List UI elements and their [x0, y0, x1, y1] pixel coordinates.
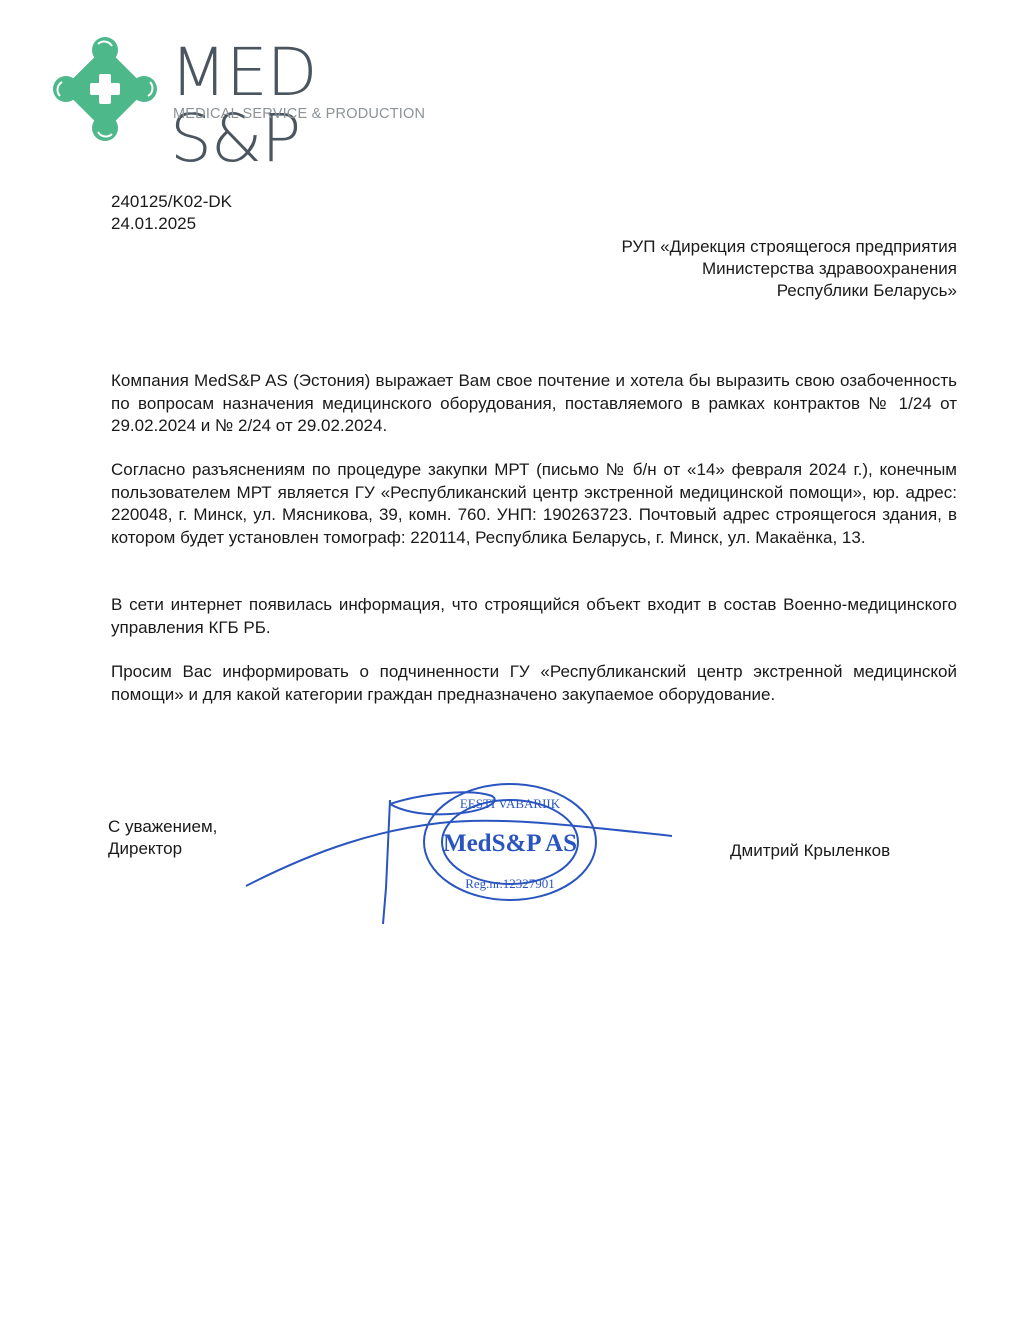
- body-paragraph: Компания MedS&P AS (Эстония) выражает Ва…: [111, 370, 957, 438]
- recipient-block: РУП «Дирекция строящегося предприятия Ми…: [621, 236, 957, 302]
- letter-meta: 240125/K02-DK 24.01.2025: [111, 191, 232, 235]
- medical-cross-diamond-icon: [52, 36, 158, 142]
- closing-block: С уважением, Директор: [108, 816, 217, 860]
- body-paragraph: Согласно разъяснениям по процедуре закуп…: [111, 459, 957, 549]
- letter-date: 24.01.2025: [111, 213, 232, 235]
- stamp-bottom-text: Reg.nr.12327901: [465, 876, 555, 891]
- recipient-line: РУП «Дирекция строящегося предприятия: [621, 236, 957, 258]
- signer-name: Дмитрий Крыленков: [730, 841, 890, 861]
- body-paragraph: В сети интернет появилась информация, чт…: [111, 594, 957, 639]
- recipient-line: Министерства здравоохранения: [621, 258, 957, 280]
- company-logo: MED S&P MEDICAL SERVICE & PRODUCTION: [52, 36, 442, 142]
- reference-number: 240125/K02-DK: [111, 191, 232, 213]
- signer-title: Директор: [108, 838, 217, 860]
- stamp-center-text: MedS&P AS: [443, 830, 577, 857]
- recipient-line: Республики Беларусь»: [621, 280, 957, 302]
- stamp-top-text: EESTI VABARIIK: [460, 796, 561, 811]
- closing-salutation: С уважением,: [108, 816, 217, 838]
- signature-and-stamp: MedS&P AS EESTI VABARIIK Reg.nr.12327901: [240, 778, 680, 928]
- body-paragraph: Просим Вас информировать о подчиненности…: [111, 661, 957, 706]
- brand-tagline: MEDICAL SERVICE & PRODUCTION: [173, 106, 425, 122]
